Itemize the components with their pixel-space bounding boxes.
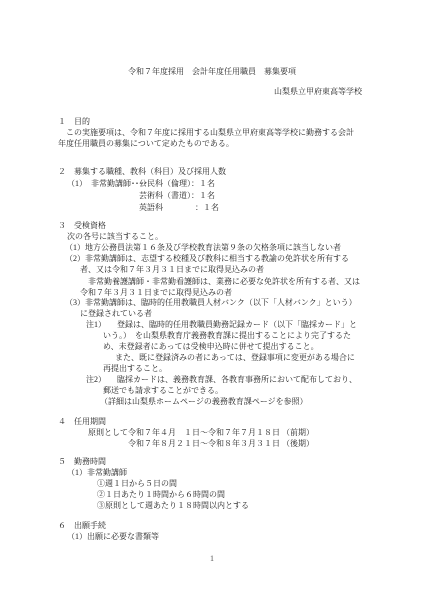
note-1-line-1: 登録は、臨時的任用教職員勤務記録カード（以下「臨採カード」と bbox=[117, 320, 357, 329]
section-2-item-prefix: （1） 非常勤講師････ bbox=[67, 179, 147, 188]
note-2-line-3: （詳細は山梨県ホームページの義務教育課ページを参照） bbox=[100, 397, 308, 406]
school-name: 山梨県立甲府東高等学校 bbox=[274, 87, 362, 96]
subject-line: 公民科（倫理）：１名 bbox=[139, 179, 215, 188]
section-3-intro: 次の各号に該当すること。 bbox=[67, 232, 163, 241]
note-1-line-4: また、既に登録済みの者にあっては、登録事項に変更がある場合に bbox=[115, 353, 355, 362]
note-2-line-2: 郵送でも請求することができる。 bbox=[103, 386, 223, 395]
section-6-heading: ６ 出願手続 bbox=[58, 521, 106, 530]
note-1-line-3: め、未登録者にあっては受検申込時に併せて提出すること。 bbox=[103, 342, 319, 351]
section-3-heading: ３ 受検資格 bbox=[58, 221, 106, 230]
section-1-line-2: 年度任用職員の募集について定めたものである。 bbox=[58, 139, 234, 148]
subject-line: 英語科 ：１名 bbox=[139, 203, 219, 212]
note-2-line-1: 臨採カードは、義務教育課、各教育事務所において配布しており、 bbox=[117, 375, 357, 384]
section-3-item-3-line-1: （3）非常勤講師は、臨時的任用教職員人材バンク（以下「人材バンク」という） bbox=[65, 298, 357, 307]
section-3-item-2-line-2: 者、又は令和７年３月３１日までに取得見込みの者 bbox=[80, 265, 264, 274]
section-3-item-2-line-3: 非常勤養護講師・非常勤看護師は、業務に必要な免許状を所有する者、又は bbox=[88, 277, 360, 286]
section-5-detail-3: ③原則として週あたり１８時間以内とする bbox=[97, 501, 249, 510]
note-2-label: 注2） bbox=[86, 375, 106, 384]
section-3-item-2-line-1: （2）非常勤講師は、志望する校種及び教科に相当する教諭の免許状を所有する bbox=[65, 254, 349, 263]
document-page: 令和７年度採用 会計年度任用職員 募集要項 山梨県立甲府東高等学校 １ 目的 こ… bbox=[0, 0, 424, 600]
section-6-item-1: （1）出願に必要な書類等 bbox=[67, 532, 159, 541]
section-1-heading: １ 目的 bbox=[58, 117, 90, 126]
section-3-item-1: （1）地方公務員法第１６条及び学校教育法第９条の欠格条項に該当しない者 bbox=[65, 243, 341, 252]
section-4-line-1: 原則として令和７年４月 １日～令和７年７月１８日 （前期） bbox=[88, 428, 314, 437]
section-5-heading: ５ 勤務時間 bbox=[58, 457, 106, 466]
subject-line: 芸術科（書道）：１名 bbox=[139, 191, 215, 200]
note-1-line-5: 再提出すること。 bbox=[103, 364, 167, 373]
section-3-item-3-line-2: に登録されている者 bbox=[80, 309, 152, 318]
note-1-label: 注1） bbox=[86, 320, 106, 329]
section-4-line-2: 令和７年８月２１日～令和８年３月３１日 （後期） bbox=[128, 439, 314, 448]
section-3-item-2-line-4: 令和７年３月３１日までに取得見込みの者 bbox=[80, 288, 232, 297]
page-title: 令和７年度採用 会計年度任用職員 募集要項 bbox=[0, 67, 424, 76]
section-5-detail-1: ①週１日から５日の間 bbox=[97, 479, 177, 488]
section-5-item-1: （1）非常勤講師 bbox=[67, 468, 127, 477]
section-5-detail-2: ②１日あたり１時間から６時間の間 bbox=[97, 490, 225, 499]
section-2-heading: ２ 募集する職種、教科（科目）及び採用人数 bbox=[58, 167, 226, 176]
page-number: 1 bbox=[0, 554, 424, 563]
section-4-heading: ４ 任用期間 bbox=[58, 417, 106, 426]
section-1-line-1: この実施要項は、令和７年度に採用する山梨県立甲府東高等学校に勤務する会計 bbox=[58, 128, 354, 137]
note-1-line-2: いう。） を山梨県教育庁義務教育課に提出することにより完了するた bbox=[103, 331, 351, 340]
